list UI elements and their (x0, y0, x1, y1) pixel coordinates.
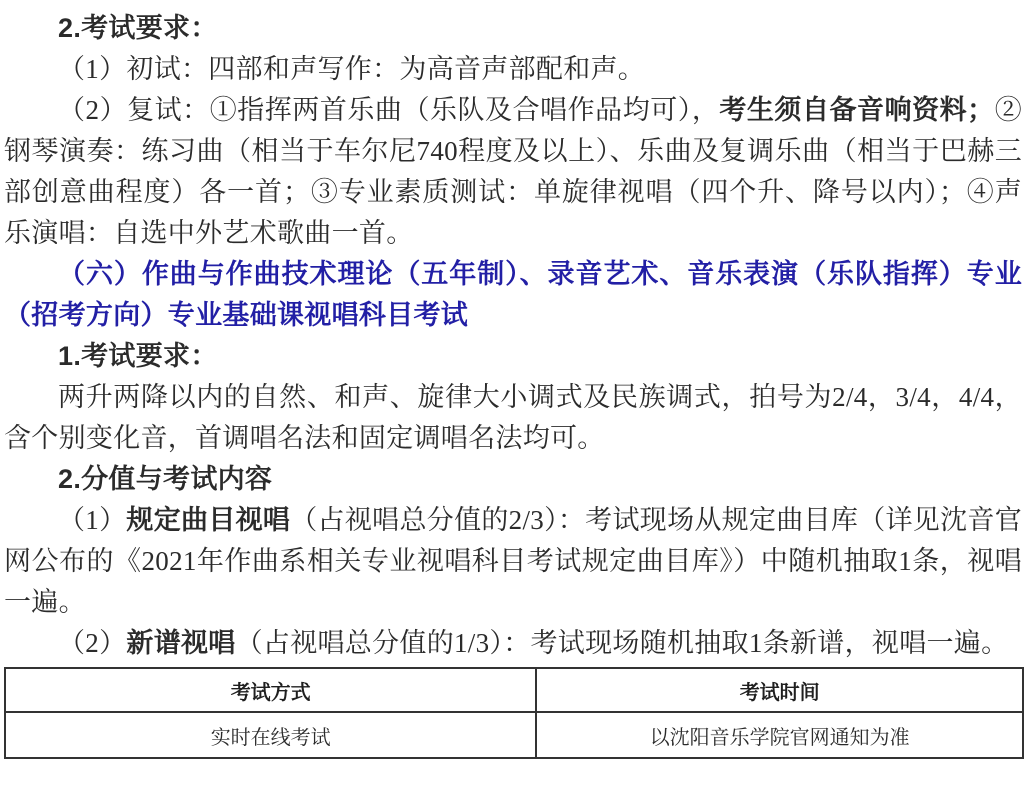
table-row: 实时在线考试 以沈阳音乐学院官网通知为准 (5, 712, 1023, 758)
second-round-bold-note: 考生须自备音响资料； (719, 95, 994, 125)
new-score-text: （占视唱总分值的1/3）：考试现场随机抽取1条新谱，视唱一遍。 (236, 628, 1009, 658)
new-score-bold-title: 新谱视唱 (126, 628, 235, 658)
second-round-text-start: （2）复试：①指挥两首乐曲（乐队及合唱作品均可）， (58, 95, 719, 125)
table-cell-exam-time: 以沈阳音乐学院官网通知为准 (536, 712, 1023, 758)
set-repertoire-number: （1） (58, 505, 126, 535)
paragraph-first-round: （1）初试：四部和声写作：为高音声部配和声。 (4, 49, 1022, 90)
table-header-exam-time: 考试时间 (536, 668, 1023, 712)
paragraph-sightsinging-requirements: 两升两降以内的自然、和声、旋律大小调式及民族调式，拍号为2/4，3/4，4/4，… (4, 377, 1022, 459)
paragraph-second-round: （2）复试：①指挥两首乐曲（乐队及合唱作品均可），考生须自备音响资料；②钢琴演奏… (4, 90, 1022, 254)
paragraph-new-score: （2）新谱视唱（占视唱总分值的1/3）：考试现场随机抽取1条新谱，视唱一遍。 (4, 623, 1022, 664)
new-score-number: （2） (58, 628, 126, 658)
exam-schedule-table: 考试方式 考试时间 实时在线考试 以沈阳音乐学院官网通知为准 (4, 667, 1024, 759)
heading-score-and-content: 2.分值与考试内容 (4, 459, 1022, 500)
table-header-exam-method: 考试方式 (5, 668, 536, 712)
paragraph-set-repertoire: （1）规定曲目视唱（占视唱总分值的2/3）：考试现场从规定曲目库（详见沈音官网公… (4, 500, 1022, 623)
table-header-row: 考试方式 考试时间 (5, 668, 1023, 712)
document-page: 2.考试要求： （1）初试：四部和声写作：为高音声部配和声。 （2）复试：①指挥… (0, 0, 1028, 759)
table-cell-exam-method: 实时在线考试 (5, 712, 536, 758)
heading-exam-requirements-2: 2.考试要求： (4, 8, 1022, 49)
set-repertoire-bold-title: 规定曲目视唱 (126, 505, 290, 535)
heading-exam-requirements-1: 1.考试要求： (4, 336, 1022, 377)
heading-section-six-blue: （六）作曲与作曲技术理论（五年制）、录音艺术、音乐表演（乐队指挥）专业（招考方向… (4, 254, 1022, 336)
